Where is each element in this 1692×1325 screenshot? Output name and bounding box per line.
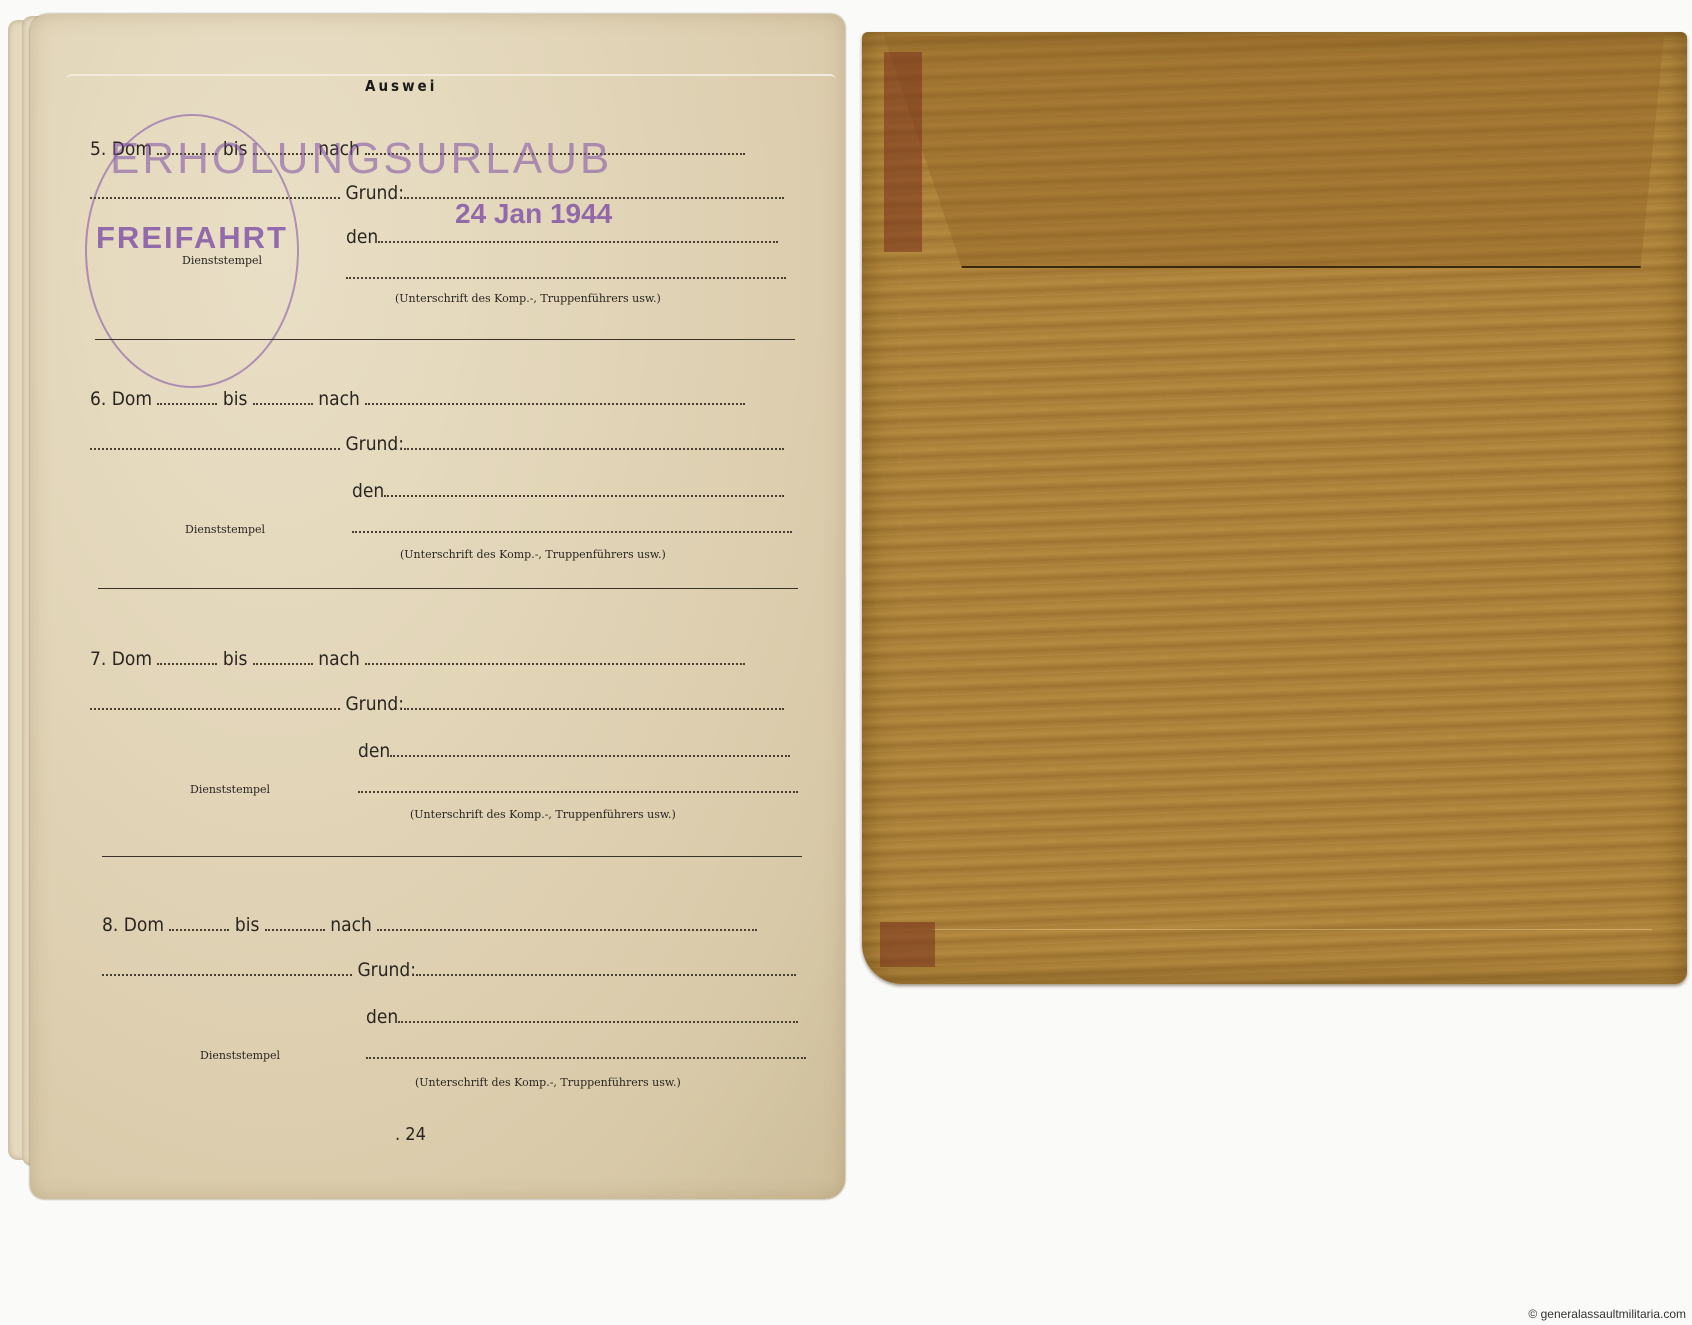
grund-label: Grund:	[345, 433, 404, 455]
section-number: 5.	[90, 138, 106, 160]
von-label: Dom	[124, 914, 164, 936]
von-label: Dom	[112, 388, 152, 410]
dienststempel-label: Dienststempel	[190, 783, 270, 796]
den-field[interactable]	[398, 1019, 798, 1023]
section-6: 6. Dom bis nach Grund: den Dienststempel…	[90, 388, 810, 638]
section-number: 7.	[90, 648, 106, 670]
nach-field[interactable]	[365, 661, 745, 665]
den-label: den	[358, 740, 390, 762]
signature-caption: (Unterschrift des Komp.-, Truppenführers…	[415, 1076, 681, 1089]
grund-label: Grund:	[357, 959, 416, 981]
section-divider	[98, 588, 798, 589]
bis-label: bis	[223, 388, 248, 410]
den-label: den	[352, 480, 384, 502]
nach-field[interactable]	[377, 927, 757, 931]
grund-field[interactable]	[404, 706, 784, 710]
bottom-flap	[932, 929, 1652, 970]
signature-caption: (Unterschrift des Komp.-, Truppenführers…	[395, 292, 661, 305]
grund-field[interactable]	[416, 972, 796, 976]
signature-caption: (Unterschrift des Komp.-, Truppenführers…	[410, 808, 676, 821]
nach-label: nach	[330, 914, 372, 936]
page-number: . 24	[395, 1124, 426, 1145]
signature-caption: (Unterschrift des Komp.-, Truppenführers…	[400, 548, 666, 561]
den-label: den	[346, 226, 378, 248]
grund-label: Grund:	[345, 182, 404, 204]
signature-field[interactable]	[366, 1055, 806, 1059]
back-cover	[862, 32, 1687, 984]
nach-field[interactable]	[365, 401, 745, 405]
den-field[interactable]	[384, 493, 784, 497]
freifahrt-stamp: FREIFAHRT	[96, 220, 288, 256]
section-number: 8.	[102, 914, 118, 936]
section-divider	[95, 339, 795, 340]
signature-field[interactable]	[346, 275, 786, 279]
signature-field[interactable]	[358, 789, 798, 793]
nach-label: nach	[318, 388, 360, 410]
grund-label: Grund:	[345, 693, 404, 715]
tape-strip	[880, 922, 935, 967]
nach-label: nach	[318, 648, 360, 670]
grund-field[interactable]	[404, 446, 784, 450]
den-field[interactable]	[378, 239, 778, 243]
tab-label: Auswei	[365, 77, 437, 95]
erholungsurlaub-stamp: ERHOLUNGSURLAUB	[110, 134, 612, 184]
bis-label: bis	[235, 914, 260, 936]
top-flap	[884, 36, 1664, 268]
tape-strip	[884, 52, 922, 252]
date-stamp: 24 Jan 1944	[455, 198, 612, 230]
dienststempel-label: Dienststempel	[185, 523, 265, 536]
bis-label: bis	[223, 648, 248, 670]
section-8: 8. Dom bis nach Grund: den Dienststempel…	[90, 914, 810, 1164]
left-page: Auswei 5. Dom bis nach Grund: den Dienst…	[30, 14, 845, 1199]
watermark: © generalassaultmilitaria.com	[1528, 1307, 1686, 1321]
top-flap	[66, 74, 836, 110]
signature-field[interactable]	[352, 529, 792, 533]
dienststempel-label: Dienststempel	[200, 1049, 280, 1062]
von-label: Dom	[112, 648, 152, 670]
section-number: 6.	[90, 388, 106, 410]
section-7: 7. Dom bis nach Grund: den Dienststempel…	[90, 648, 810, 898]
section-divider	[102, 856, 802, 857]
den-label: den	[366, 1006, 398, 1028]
den-field[interactable]	[390, 753, 790, 757]
